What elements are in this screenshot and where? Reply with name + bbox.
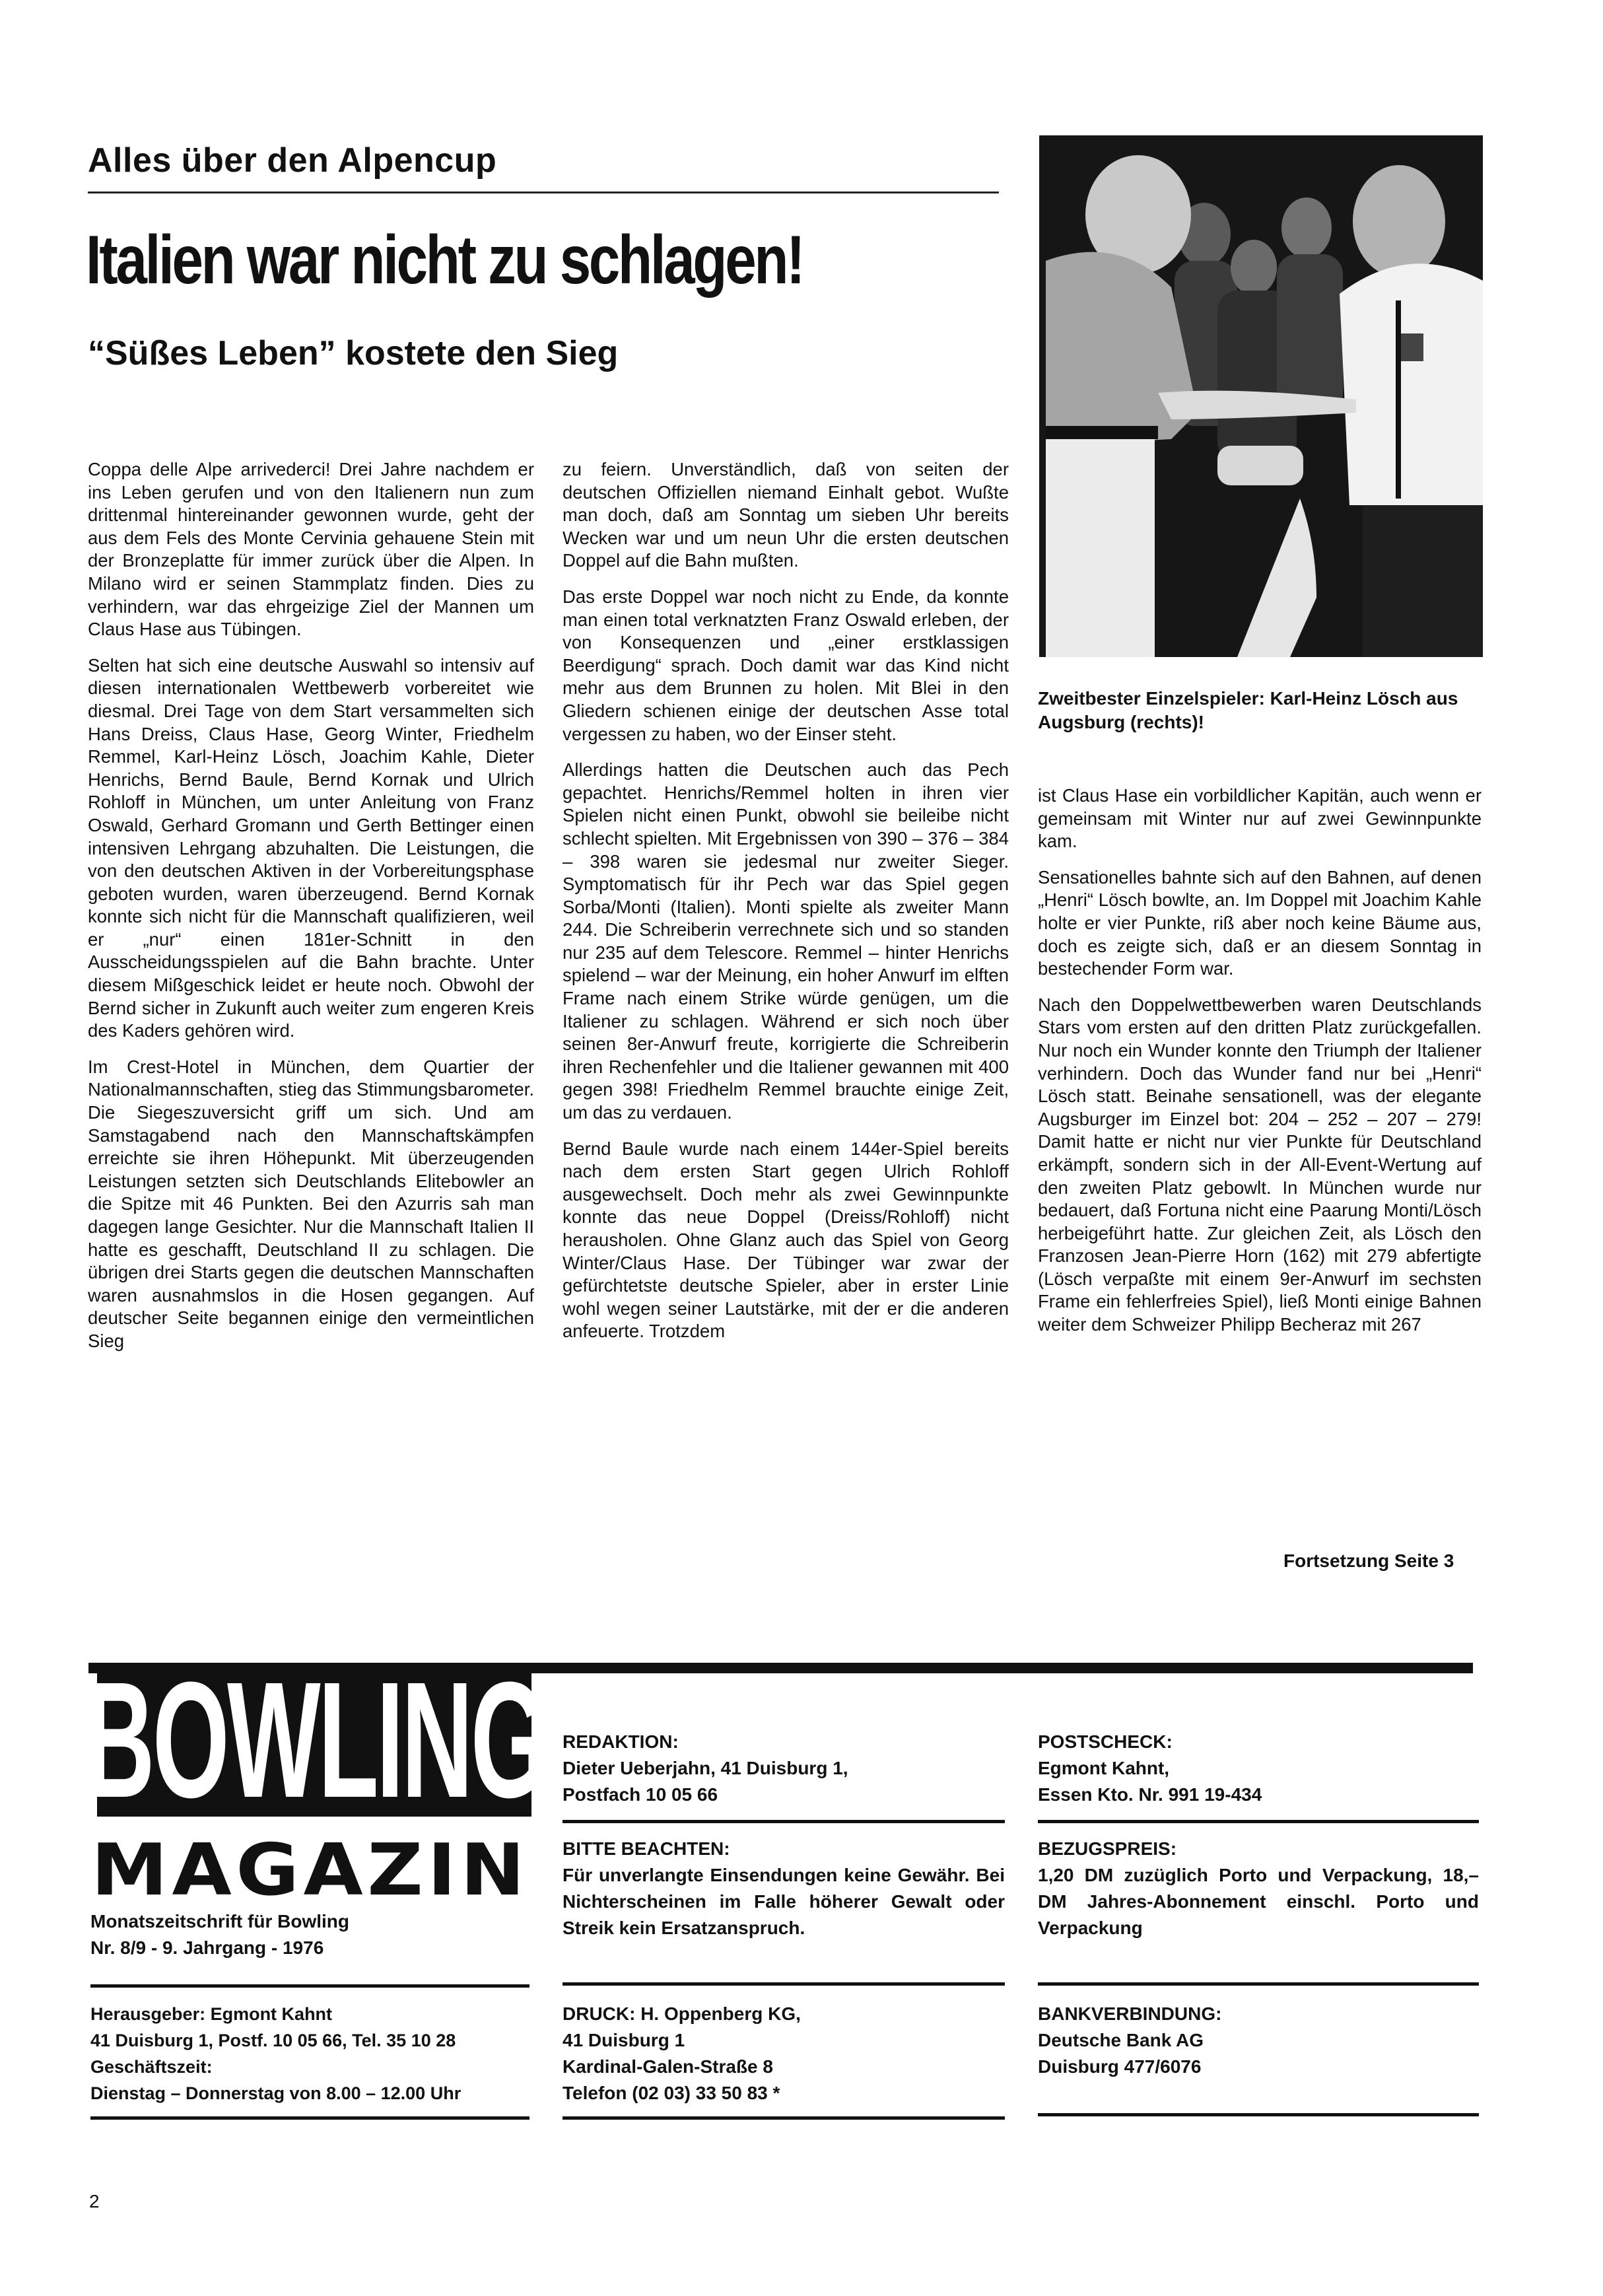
paragraph: Sensationelles bahnte sich auf den Bahne… [1038,866,1482,981]
bitte-beachten-label: BITTE BEACHTEN: [563,1836,1005,1862]
article-kicker: Alles über den Alpencup [88,141,496,180]
divider [563,2116,1005,2120]
bezugspreis-text: 1,20 DM zuzüglich Porto und Verpackung, … [1038,1862,1479,1941]
postscheck-block: POSTSCHECK: Egmont Kahnt, Essen Kto. Nr.… [1038,1729,1480,1808]
divider [563,1820,1005,1823]
article-column-3: ist Claus Hase ein vorbildlicher Kapitän… [1038,784,1482,1350]
bankverbindung-line: Deutsche Bank AG [1038,2027,1479,2054]
redaktion-label: REDAKTION: [563,1729,1005,1755]
paragraph: Das erste Doppel war noch nicht zu Ende,… [563,586,1009,746]
article-column-1: Coppa delle Alpe arrivederci! Drei Jahre… [88,458,534,1366]
paragraph: ist Claus Hase ein vorbildlicher Kapitän… [1038,784,1482,853]
page-number: 2 [89,2191,100,2212]
publisher-line: Herausgeber: Egmont Kahnt [90,2001,539,2027]
paragraph: Allerdings hatten die Deutschen auch das… [563,759,1009,1125]
paragraph: Nach den Doppelwettbewerben waren Deutsc… [1038,994,1482,1337]
divider [1038,2113,1479,2116]
postscheck-line: Essen Kto. Nr. 991 19-434 [1038,1782,1480,1808]
divider [563,1982,1005,1986]
bankverbindung-line: Duisburg 477/6076 [1038,2054,1479,2080]
bitte-beachten-block: BITTE BEACHTEN: Für unverlangte Einsendu… [563,1836,1005,1941]
photo-caption: Zweitbester Einzelspieler: Karl-Heinz Lö… [1038,687,1487,734]
paragraph: Coppa delle Alpe arrivederci! Drei Jahre… [88,458,534,641]
bezugspreis-block: BEZUGSPREIS: 1,20 DM zuzüglich Porto und… [1038,1836,1479,1941]
logo-text-bowling: BOWLING [83,1657,545,1823]
bitte-beachten-text: Für unverlangte Einsendungen keine Gewäh… [563,1862,1005,1941]
druck-line: DRUCK: H. Oppenberg KG, [563,2001,1005,2027]
bowling-logo: BOWLING [97,1663,531,1817]
bezugspreis-label: BEZUGSPREIS: [1038,1836,1479,1862]
continuation-note: Fortsetzung Seite 3 [1283,1550,1454,1572]
publisher-line: Geschäftszeit: [90,2054,539,2080]
issue-info: Nr. 8/9 - 9. Jahrgang - 1976 [90,1935,539,1961]
article-photo [1039,135,1483,657]
bankverbindung-block: BANKVERBINDUNG: Deutsche Bank AG Duisbur… [1038,2001,1479,2080]
masthead-tagline-block: Monatszeitschrift für Bowling Nr. 8/9 - … [90,1908,539,1961]
article-subheadline: “Süßes Leben” kostete den Sieg [88,333,618,373]
tagline: Monatszeitschrift für Bowling [90,1908,539,1935]
bankverbindung-label: BANKVERBINDUNG: [1038,2001,1479,2027]
redaktion-line: Dieter Ueberjahn, 41 Duisburg 1, [563,1755,1005,1782]
paragraph: Selten hat sich eine deutsche Auswahl so… [88,654,534,1043]
handshake-photo-icon [1039,135,1483,657]
druck-line: 41 Duisburg 1 [563,2027,1005,2054]
paragraph: Im Crest-Hotel in München, dem Quartier … [88,1056,534,1353]
publisher-block: Herausgeber: Egmont Kahnt 41 Duisburg 1,… [90,2001,539,2106]
divider [90,1984,529,1988]
logo-text-magazin: MAGAZIN [91,1829,529,1912]
divider [1038,1820,1479,1823]
druck-line: Telefon (02 03) 33 50 83 * [563,2080,1005,2106]
paragraph: zu feiern. Unverständlich, daß von seite… [563,458,1009,573]
divider [90,2116,529,2120]
druck-line: Kardinal-Galen-Straße 8 [563,2054,1005,2080]
publisher-line: Dienstag – Donnerstag von 8.00 – 12.00 U… [90,2080,539,2106]
postscheck-label: POSTSCHECK: [1038,1729,1480,1755]
divider [1038,1982,1479,1986]
paragraph: Bernd Baule wurde nach einem 144er-Spiel… [563,1138,1009,1343]
postscheck-line: Egmont Kahnt, [1038,1755,1480,1782]
redaktion-block: REDAKTION: Dieter Ueberjahn, 41 Duisburg… [563,1729,1005,1808]
redaktion-line: Postfach 10 05 66 [563,1782,1005,1808]
kicker-divider [88,191,999,193]
druck-block: DRUCK: H. Oppenberg KG, 41 Duisburg 1 Ka… [563,2001,1005,2106]
publisher-line: 41 Duisburg 1, Postf. 10 05 66, Tel. 35 … [90,2027,539,2054]
article-column-2: zu feiern. Unverständlich, daß von seite… [563,458,1009,1356]
article-headline: Italien war nicht zu schlagen! [86,221,803,300]
